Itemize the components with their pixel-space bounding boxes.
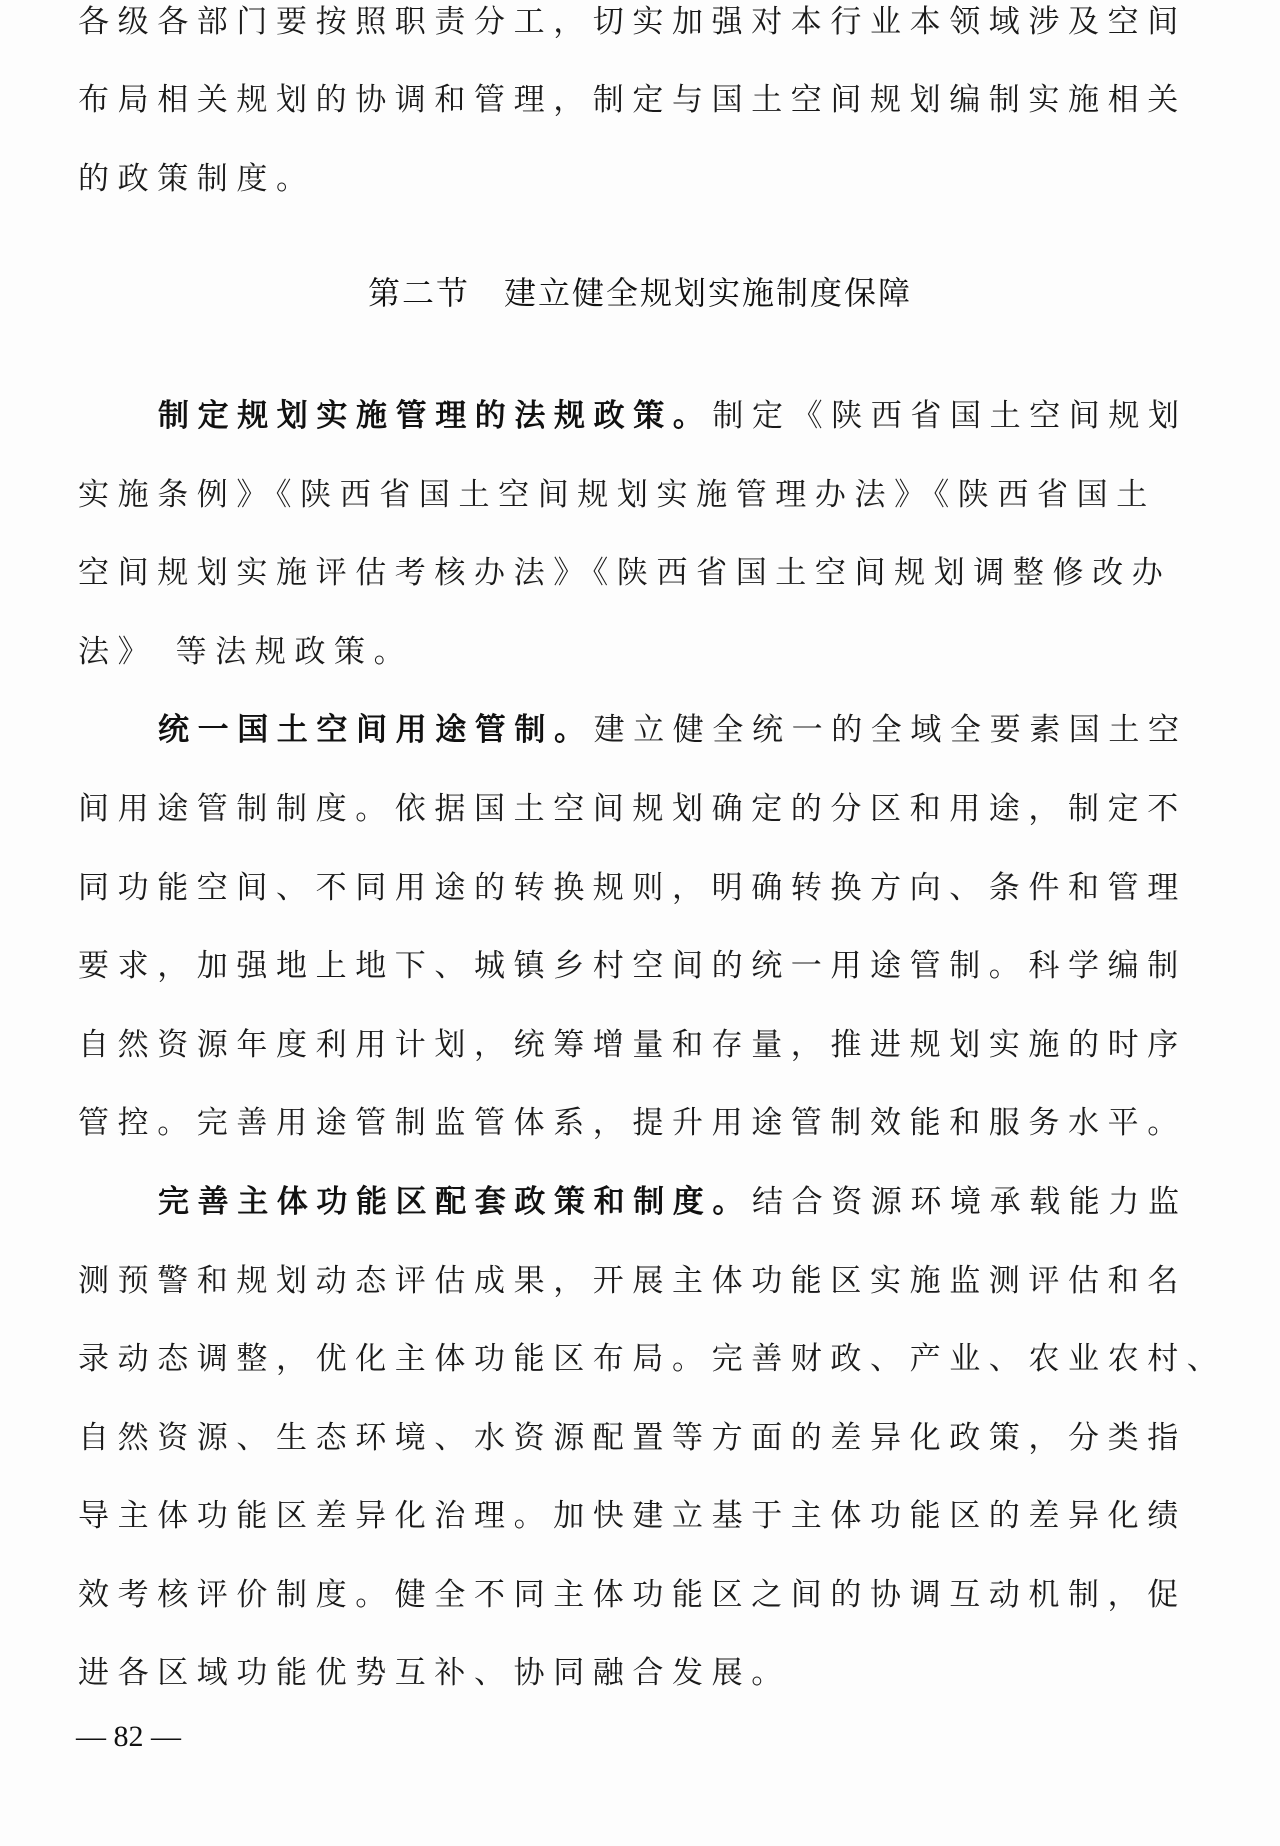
paragraph-4-line-7: 进各区域功能优势互补、协同融合发展。 xyxy=(78,1653,791,1693)
paragraph-3-line-4: 要求，加强地上地下、城镇乡村空间的统一用途管制。科学编制 xyxy=(78,946,1187,986)
paragraph-3-line-2: 间用途管制制度。依据国土空间规划确定的分区和用途，制定不 xyxy=(78,789,1187,829)
paragraph-2-line-2: 实施条例》《陕西省国土空间规划实施管理办法》《陕西省国土 xyxy=(78,475,1156,515)
paragraph-2-line-3: 空间规划实施评估考核办法》《陕西省国土空间规划调整修改办 xyxy=(78,553,1171,593)
page-number: — 82 — xyxy=(76,1720,181,1754)
paragraph-2-line-4: 法》 等法规政策。 xyxy=(78,632,413,672)
paragraph-3-text: 建立健全统一的全域全要素国土空 xyxy=(594,712,1188,748)
paragraph-4-line-5: 导主体功能区差异化治理。加快建立基于主体功能区的差异化绩 xyxy=(78,1496,1187,1536)
section-heading: 第二节 建立健全规划实施制度保障 xyxy=(0,273,1280,313)
paragraph-4-line-1: 完善主体功能区配套政策和制度。结合资源环境承载能力监 xyxy=(158,1182,1188,1222)
paragraph-4-line-2: 测预警和规划动态评估成果，开展主体功能区实施监测评估和名 xyxy=(78,1261,1187,1301)
paragraph-2-lead: 制定规划实施管理的法规政策。 xyxy=(158,398,712,434)
paragraph-3-line-3: 同功能空间、不同用途的转换规则，明确转换方向、条件和管理 xyxy=(78,868,1187,908)
paragraph-4-text: 结合资源环境承载能力监 xyxy=(752,1184,1188,1220)
paragraph-1-line-2: 布局相关规划的协调和管理，制定与国土空间规划编制实施相关 xyxy=(78,80,1187,120)
document-page: 各级各部门要按照职责分工，切实加强对本行业本领域涉及空间 布局相关规划的协调和管… xyxy=(0,0,1280,1846)
paragraph-3-line-5: 自然资源年度利用计划，统筹增量和存量，推进规划实施的时序 xyxy=(78,1025,1187,1065)
paragraph-1-line-3: 的政策制度。 xyxy=(78,159,316,199)
paragraph-2-line-1: 制定规划实施管理的法规政策。制定《陕西省国土空间规划 xyxy=(158,396,1188,436)
paragraph-4-line-3: 录动态调整，优化主体功能区布局。完善财政、产业、农业农村、 xyxy=(78,1339,1226,1379)
paragraph-3-lead: 统一国土空间用途管制。 xyxy=(158,712,594,748)
paragraph-3-line-1: 统一国土空间用途管制。建立健全统一的全域全要素国土空 xyxy=(158,710,1188,750)
paragraph-2-text: 制定《陕西省国土空间规划 xyxy=(712,398,1187,434)
paragraph-4-line-6: 效考核评价制度。健全不同主体功能区之间的协调互动机制，促 xyxy=(78,1575,1187,1615)
paragraph-1-line-1: 各级各部门要按照职责分工，切实加强对本行业本领域涉及空间 xyxy=(78,2,1187,42)
paragraph-4-lead: 完善主体功能区配套政策和制度。 xyxy=(158,1184,752,1220)
paragraph-4-line-4: 自然资源、生态环境、水资源配置等方面的差异化政策，分类指 xyxy=(78,1418,1187,1458)
paragraph-3-line-6: 管控。完善用途管制监管体系，提升用途管制效能和服务水平。 xyxy=(78,1103,1187,1143)
